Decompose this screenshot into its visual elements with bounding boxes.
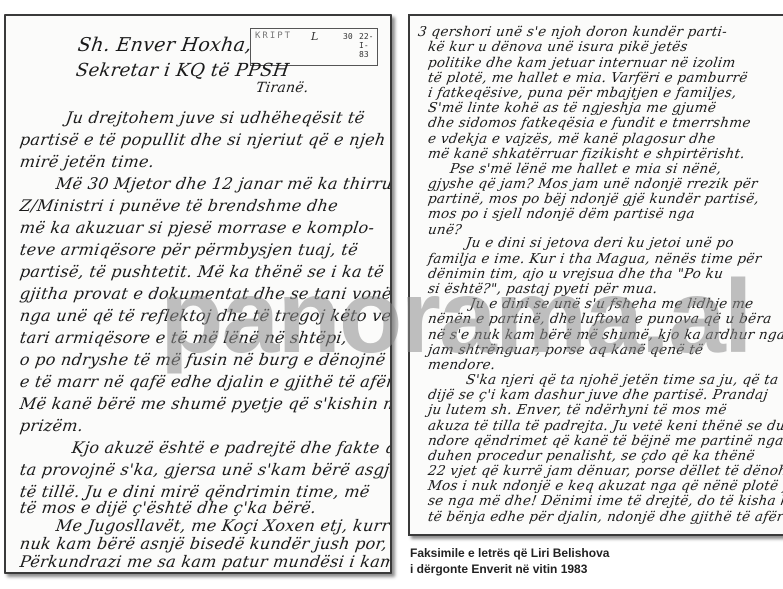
handwritten-line: partinë, mos po bëj ndonjë gjë kundër pa… xyxy=(427,191,760,207)
handwritten-line: gjitha provat e dokumentat dhe se tani v… xyxy=(19,284,392,303)
handwritten-line: Tiranë. xyxy=(255,80,310,96)
handwritten-line: të mos e dijë ç'është dhe ç'ka bërë. xyxy=(19,498,318,517)
handwritten-line: teve armiqësore për përmbysjen tuaj, të xyxy=(19,240,360,259)
handwritten-line: e vdekja e vajzës, më kanë plagosur dhe xyxy=(427,131,717,147)
handwritten-line: dhe sidomos fatkeqësia e fundit e tmerrs… xyxy=(427,115,752,131)
handwritten-line: gjyshe që jam? Mos jam unë ndonjë rrezik… xyxy=(427,176,759,192)
handwritten-line: dijë se ç'i kam dashur juve dhe partisë.… xyxy=(427,387,769,403)
caption-line-2: i dërgonte Enverit në vitin 1983 xyxy=(410,561,710,577)
handwritten-line: Ju e dini se unë s'u fsheha me lidhje me xyxy=(469,296,755,312)
stamp-label: KRIPT xyxy=(255,31,292,41)
handwritten-line: akuza të tilla të padrejta. Ju vetë keni… xyxy=(427,418,783,434)
handwritten-line: mos po i sjell ndonjë dëm partisë nga xyxy=(427,206,696,222)
letter-page-right: 3 qershori unë s'e njoh doron kundër par… xyxy=(408,14,783,536)
handwritten-line: luftuar dhe u përpjekur me jugosllavët q… xyxy=(19,570,392,574)
handwritten-line: Sh. Enver Hoxha, xyxy=(76,34,253,56)
handwritten-line: i fatkeqësive, puna për mbajtjen e famil… xyxy=(427,85,738,101)
handwritten-line: të plotë, me hallet e mia. Varfëri e pam… xyxy=(427,70,749,86)
handwritten-line: më kanë shkatërruar fizikisht e shpirtër… xyxy=(427,146,746,162)
handwritten-line: si është?", pastaj pyeti për mua. xyxy=(427,281,659,297)
stamp-mark: L xyxy=(311,30,318,43)
handwritten-line: Kjo akuzë është e padrejtë dhe fakte që xyxy=(71,438,392,457)
handwritten-line: Ju e dini si jetova deri ku jetoi unë po xyxy=(465,235,735,251)
handwritten-line: jam shtrënguar, porse aq kanë qenë të xyxy=(427,342,704,358)
handwritten-line: unë? xyxy=(427,222,463,238)
stamp-number: 30 xyxy=(343,32,353,41)
handwritten-line: në s'e nuk kam bërë më shumë, kjo ka ard… xyxy=(427,327,783,343)
handwritten-line: Z/Ministri i punëve të brendshme dhe xyxy=(19,196,340,215)
letter-page-left: KRIPT L 30 22-I-83 Sh. Enver Hoxha,Sekre… xyxy=(4,14,392,574)
handwritten-line: Ju drejtohem juve si udhëheqësit të xyxy=(65,108,366,127)
handwritten-line: Me Jugosllavët, me Koçi Xoxen etj, kurrë xyxy=(55,516,392,535)
handwritten-line: o po ndryshe të më fusin në burg e dënoj… xyxy=(19,350,387,369)
handwritten-line: dënimin tim, ajo u vrejsua dhe tha "Po k… xyxy=(427,266,724,282)
handwritten-line: mendore. xyxy=(427,357,497,373)
handwritten-line: mirë jetën time. xyxy=(19,152,156,171)
handwritten-line: Përkundrazi me sa kam patur mundësi i ka… xyxy=(19,552,392,571)
handwritten-line: 3 qershori unë s'e njoh doron kundër par… xyxy=(417,24,728,40)
caption-line-1: Faksimile e letrës që Liri Belishova xyxy=(410,545,710,561)
image-caption: Faksimile e letrës që Liri Belishova i d… xyxy=(410,545,710,577)
handwritten-line: Mos i nuk ndonjë e keq akuzat nga që nën… xyxy=(427,478,783,494)
handwritten-line: ju lutem sh. Enver, të ndërhyni të mos m… xyxy=(427,402,728,418)
handwritten-line: nga unë që të reflektoj dhe të tregoj kë… xyxy=(19,306,392,325)
handwritten-line: partisë e të popullit dhe si njeriut që … xyxy=(19,130,387,149)
handwritten-line: ta provojnë s'ka, gjersa unë s'kam bërë … xyxy=(19,460,392,479)
handwritten-line: ndore qëndrimet që kanë të bëjnë me part… xyxy=(427,433,783,449)
handwritten-line: e të marr në qafë edhe djalin e gjithë t… xyxy=(19,372,392,391)
handwritten-line: duhen procedur penalisht, se çdo që ka t… xyxy=(427,448,756,464)
handwritten-line: kë kur u dënova unë isura pikë jetës xyxy=(427,39,689,55)
handwritten-line: tari armiqësore e të më lënë në shtëpi, xyxy=(19,328,349,347)
handwritten-line: se nga më dhe! Dënimi ime të drejtë, do … xyxy=(427,493,783,509)
handwritten-line: S'më linte kohë as të ngjeshja me gjumë xyxy=(427,100,717,116)
handwritten-line: familja e ime. Kur i tha Magua, nënës ti… xyxy=(427,251,763,267)
handwritten-line: Pse s'më lënë me hallet e mia si nënë, xyxy=(449,161,723,177)
handwritten-line: politike dhe kam jetuar internuar në izo… xyxy=(427,55,737,71)
handwritten-line: Më 30 Mjetor dhe 12 janar më ka thirrur xyxy=(55,174,392,193)
handwritten-line: më ka akuzuar si pjesë morrase e komplo- xyxy=(19,218,376,237)
stamp-date: 22-I-83 xyxy=(359,32,377,59)
handwritten-line: prizëm. xyxy=(19,416,85,435)
handwritten-line: partisë, të pushtetit. Më ka thënë se i … xyxy=(19,262,386,281)
handwritten-line: Sekretar i KQ të PPSH xyxy=(75,60,291,81)
handwritten-line: 22 vjet që kurrë jam dënuar, porse dëlle… xyxy=(427,463,783,479)
handwritten-line: të bënja edhe për djalin, ndonjë dhe gji… xyxy=(427,509,783,525)
handwritten-line: nuk kam bërë asnjë bisedë kundër jush po… xyxy=(19,534,389,553)
handwritten-line: S'ka njeri që ta njohë jetën time sa ju,… xyxy=(465,372,780,388)
handwritten-line: nënën e partinë, dhe luftova e punova që… xyxy=(427,311,773,327)
handwritten-line: Më kanë bërë me shumë pyetje që s'kishin… xyxy=(19,394,392,413)
